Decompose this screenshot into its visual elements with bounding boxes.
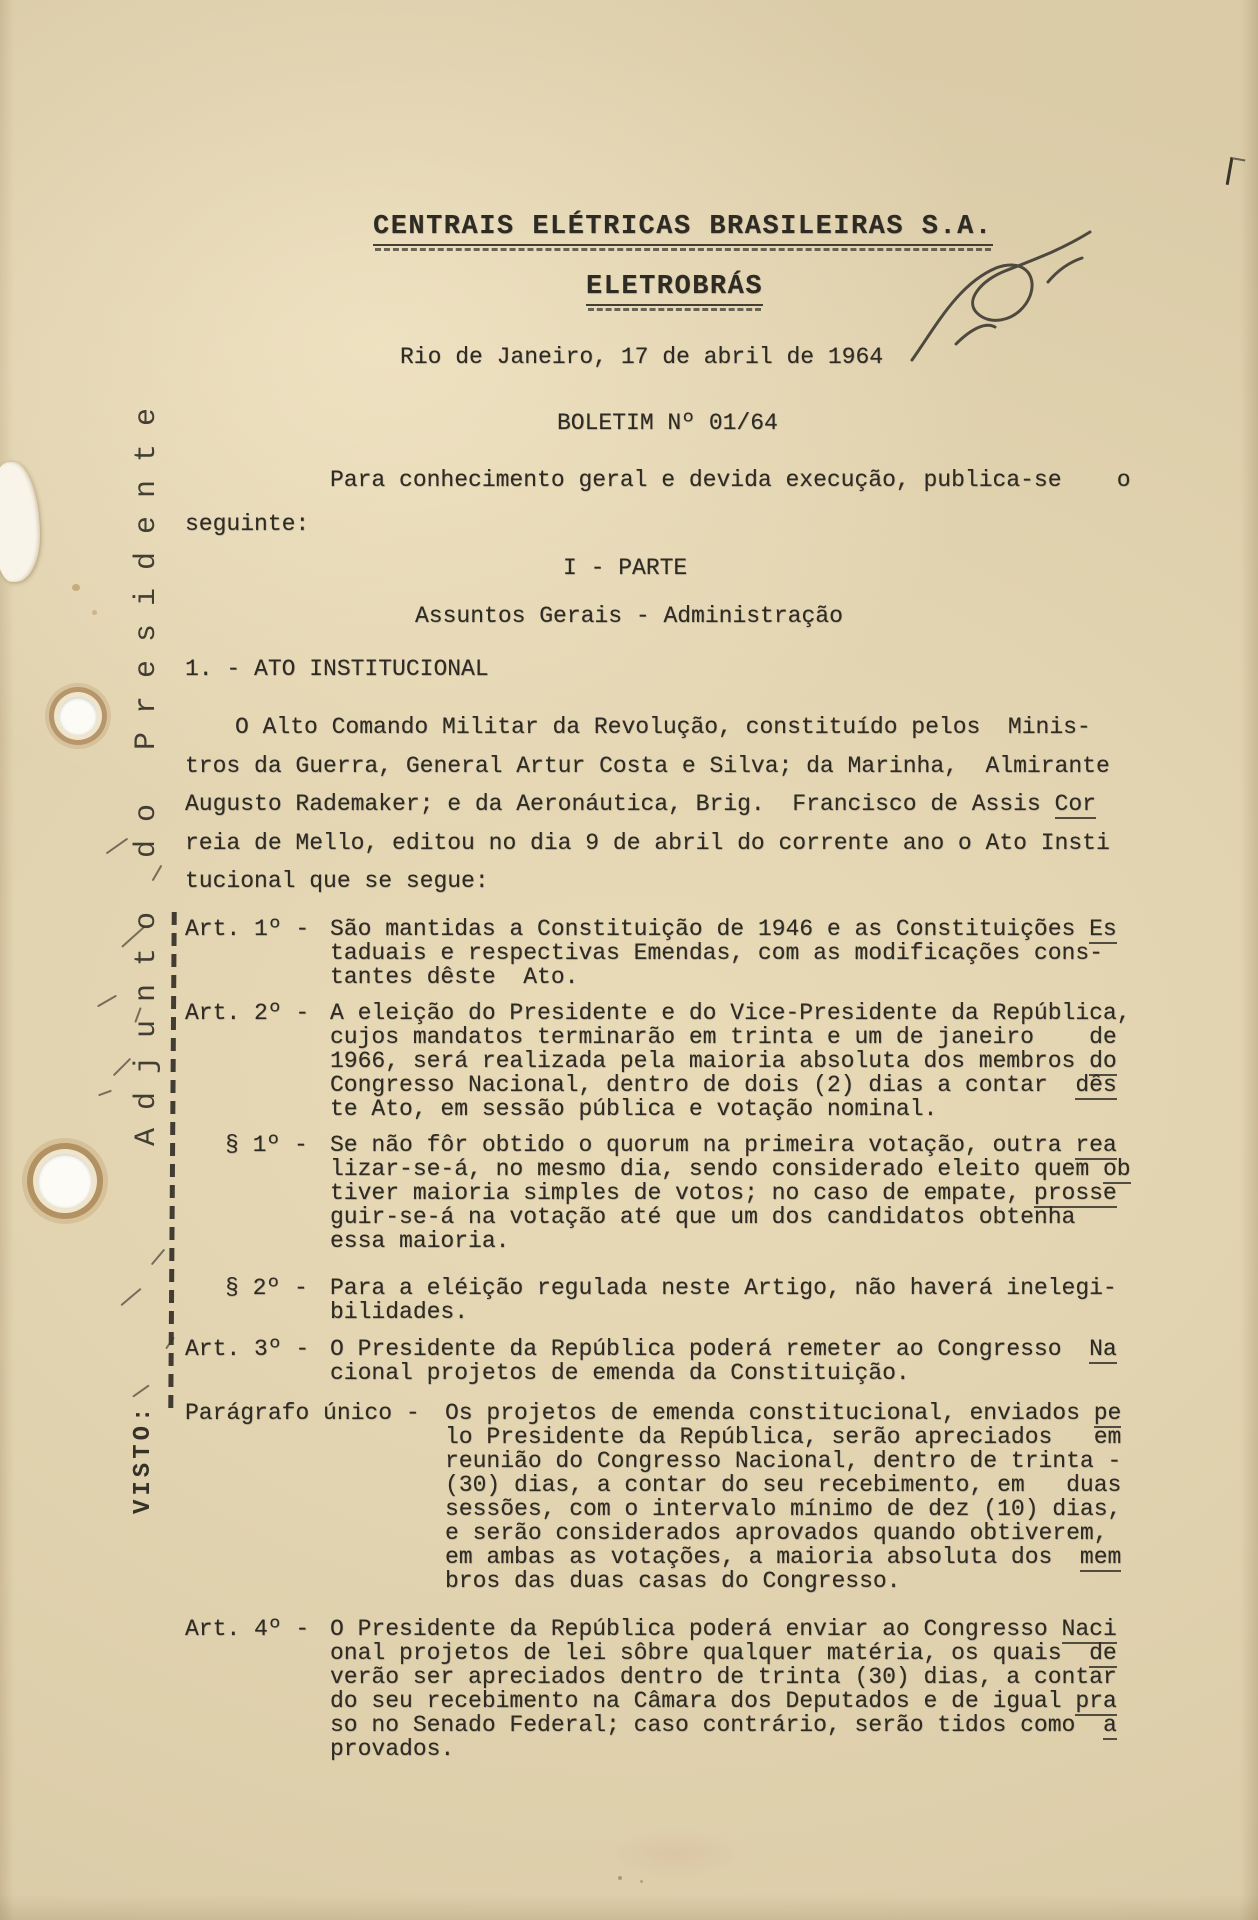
intro-paragraph: O Alto Comando Militar da Revolução, con…	[185, 708, 1110, 901]
article-text: Os projetos de emenda constitucional, en…	[445, 1401, 1121, 1593]
article-label: § 1º -	[225, 1133, 308, 1157]
article-text: O Presidente da República poderá remeter…	[330, 1337, 1117, 1385]
article-text: São mantidas a Constituição de 1946 e as…	[330, 917, 1117, 989]
article-label: Art. 4º -	[185, 1617, 309, 1641]
dateline: Rio de Janeiro, 17 de abril de 1964	[400, 344, 883, 370]
article-text: Para a eléição regulada neste Artigo, nã…	[330, 1276, 1117, 1324]
handwritten-mark	[151, 1249, 165, 1266]
item-heading: 1. - ATO INSTITUCIONAL	[185, 657, 489, 681]
scanned-document-page: CENTRAIS ELÉTRICAS BRASILEIRAS S.A. ELET…	[0, 0, 1258, 1920]
article-label: § 2º -	[225, 1276, 308, 1300]
margin-note-adjunto: Adjunto do Presidente	[130, 390, 164, 1146]
article-text: O Presidente da República poderá enviar …	[330, 1617, 1117, 1761]
article-label: Art. 1º -	[185, 917, 309, 941]
handwritten-mark	[98, 1090, 112, 1097]
margin-note-visto: VISTO:	[130, 1404, 157, 1514]
margin-dashed-rule	[168, 912, 176, 1410]
brand-title: ELETROBRÁS	[586, 272, 763, 306]
article-label: Parágrafo único -	[185, 1401, 420, 1425]
handwritten-mark	[132, 1384, 150, 1397]
handwritten-mark	[120, 1288, 141, 1306]
preamble-line: Para conhecimento geral e devida execuçã…	[330, 468, 1131, 492]
punch-hole	[38, 1154, 92, 1208]
paper-tear	[0, 462, 40, 582]
article-label: Art. 3º -	[185, 1337, 309, 1361]
punch-hole	[59, 697, 97, 735]
stain	[72, 584, 80, 591]
handwritten-mark	[113, 1058, 131, 1076]
article-text: Se não fôr obtido o quorum na primeira v…	[330, 1133, 1131, 1253]
section-heading: Assuntos Gerais - Administração	[415, 604, 843, 628]
part-heading: I - PARTE	[563, 556, 687, 580]
speck	[640, 1880, 643, 1883]
handwritten-mark	[97, 995, 117, 1008]
stain	[92, 610, 97, 615]
smudge	[600, 1828, 750, 1880]
signature-handwritten	[898, 222, 1108, 372]
article-label: Art. 2º -	[185, 1001, 309, 1025]
pen-mark	[1226, 157, 1246, 187]
bulletin-number: BOLETIM Nº 01/64	[557, 410, 778, 436]
speck	[618, 1876, 622, 1880]
preamble-line: seguinte:	[185, 512, 309, 536]
article-text: A eleição do Presidente e do Vice-Presid…	[330, 1001, 1131, 1121]
handwritten-mark	[106, 838, 128, 855]
